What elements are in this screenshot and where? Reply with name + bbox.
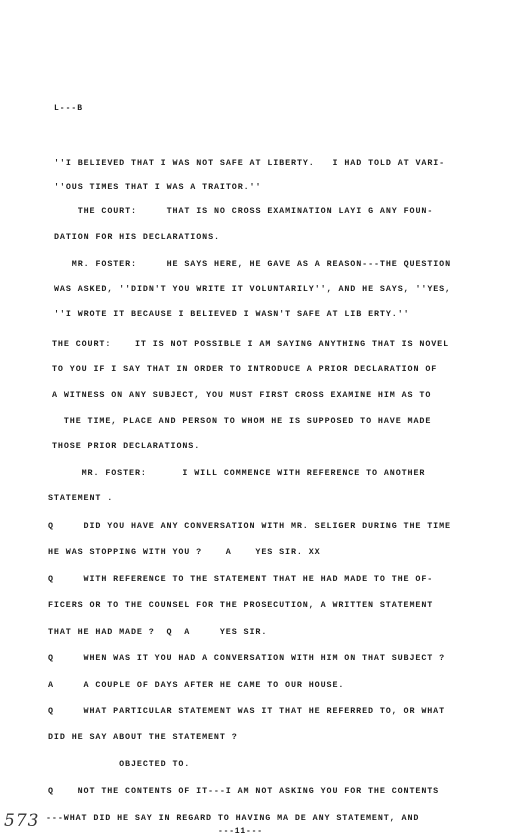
text-line: WAS ASKED, ''DIDN'T YOU WRITE IT VOLUNTA… (54, 284, 451, 294)
footer-page-number: ---11--- (218, 827, 263, 836)
text-line: OBJECTED TO. (48, 759, 190, 769)
text-line: THAT HE HAD MADE ? Q A YES SIR. (48, 627, 267, 637)
document-page: L---B ''I BELIEVED THAT I WAS NOT SAFE A… (0, 0, 522, 840)
text-line: STATEMENT . (48, 493, 113, 503)
text-line: Q WHEN WAS IT YOU HAD A CONVERSATION WIT… (48, 653, 445, 663)
text-line: ''I BELIEVED THAT I WAS NOT SAFE AT LIBE… (54, 158, 445, 168)
text-line: Q DID YOU HAVE ANY CONVERSATION WITH MR.… (48, 521, 451, 531)
text-line: DATION FOR HIS DECLARATIONS. (54, 232, 220, 242)
text-line: A A COUPLE OF DAYS AFTER HE CAME TO OUR … (48, 680, 344, 690)
handwritten-page-number: 573 (4, 811, 39, 831)
text-line: FICERS OR TO THE COUNSEL FOR THE PROSECU… (48, 600, 433, 610)
text-line: Q WITH REFERENCE TO THE STATEMENT THAT H… (48, 574, 433, 584)
text-line: HE WAS STOPPING WITH YOU ? A YES SIR. XX (48, 547, 321, 557)
text-line: Q NOT THE CONTENTS OF IT---I AM NOT ASKI… (48, 786, 439, 796)
text-line: MR. FOSTER: I WILL COMMENCE WITH REFEREN… (52, 468, 425, 478)
text-line: THE COURT: IT IS NOT POSSIBLE I AM SAYIN… (52, 339, 449, 349)
text-line: ---WHAT DID HE SAY IN REGARD TO HAVING M… (46, 813, 419, 823)
text-line: ''I WROTE IT BECAUSE I BELIEVED I WASN'T… (54, 309, 410, 319)
text-line: DID HE SAY ABOUT THE STATEMENT ? (48, 732, 238, 742)
text-line: Q WHAT PARTICULAR STATEMENT WAS IT THAT … (48, 706, 445, 716)
text-line: THOSE PRIOR DECLARATIONS. (52, 441, 200, 451)
text-line: A WITNESS ON ANY SUBJECT, YOU MUST FIRST… (52, 390, 431, 400)
text-line: ''OUS TIMES THAT I WAS A TRAITOR.'' (54, 182, 261, 192)
text-line: MR. FOSTER: HE SAYS HERE, HE GAVE AS A R… (54, 259, 451, 269)
text-line: TO YOU IF I SAY THAT IN ORDER TO INTRODU… (52, 364, 437, 374)
page-marker: L---B (54, 104, 83, 113)
text-line: THE COURT: THAT IS NO CROSS EXAMINATION … (54, 206, 433, 216)
text-line: THE TIME, PLACE AND PERSON TO WHOM HE IS… (52, 416, 431, 426)
